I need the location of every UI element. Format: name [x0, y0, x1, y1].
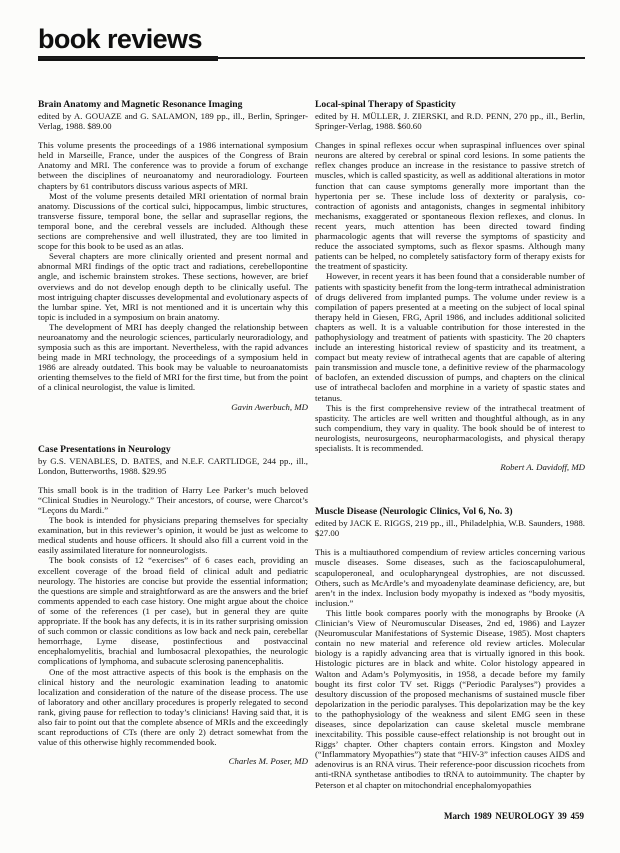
review-paragraph: However, in recent years it has been fou… [315, 271, 585, 402]
review-title: Case Presentations in Neurology [38, 444, 308, 455]
page-title: book reviews [38, 24, 202, 55]
masthead-rule-thin [38, 57, 585, 59]
page-footer: March 1989 NEUROLOGY 39 459 [444, 811, 584, 821]
review-byline: by G.S. VENABLES, D. BATES, and N.E.F. C… [38, 456, 308, 476]
review-paragraph: One of the most attractive aspects of th… [38, 667, 308, 748]
review-paragraph: This is the first comprehensive review o… [315, 403, 585, 453]
review-paragraph: This volume presents the proceedings of … [38, 140, 308, 190]
review-paragraph: This small book is in the tradition of H… [38, 485, 308, 515]
journal-page: book reviews Brain Anatomy and Magnetic … [0, 0, 620, 853]
review-paragraph: The book consists of 12 “exercises” of 6… [38, 555, 308, 666]
review-muscle-disease: Muscle Disease (Neurologic Clinics, Vol … [315, 506, 585, 789]
reviewer-signature: Robert A. Davidoff, MD [315, 462, 585, 472]
review-paragraph: This is a multiauthored compendium of re… [315, 547, 585, 608]
review-local-spinal-therapy: Local-spinal Therapy of Spasticity edite… [315, 99, 585, 472]
reviewer-signature: Charles M. Poser, MD [38, 756, 308, 766]
review-paragraph: The book is intended for physicians prep… [38, 515, 308, 555]
review-brain-anatomy-mri: Brain Anatomy and Magnetic Resonance Ima… [38, 99, 308, 412]
left-column: Brain Anatomy and Magnetic Resonance Ima… [38, 99, 308, 766]
review-title: Muscle Disease (Neurologic Clinics, Vol … [315, 506, 585, 517]
review-paragraph: The development of MRI has deeply change… [38, 322, 308, 393]
review-paragraph: Most of the volume presents detailed MRI… [38, 191, 308, 252]
review-paragraph: Several chapters are more clinically ori… [38, 251, 308, 322]
right-column: Local-spinal Therapy of Spasticity edite… [315, 99, 585, 790]
review-paragraph: Changes in spinal reflexes occur when su… [315, 140, 585, 271]
review-title: Brain Anatomy and Magnetic Resonance Ima… [38, 99, 308, 110]
review-case-presentations: Case Presentations in Neurology by G.S. … [38, 444, 308, 767]
review-byline: edited by JACK E. RIGGS, 219 pp., ill., … [315, 518, 585, 538]
review-paragraph: This little book compares poorly with th… [315, 608, 585, 790]
two-column-layout: Brain Anatomy and Magnetic Resonance Ima… [38, 99, 585, 790]
reviewer-signature: Gavin Awerbuch, MD [38, 402, 308, 412]
review-byline: edited by H. MÜLLER, J. ZIERSKI, and R.D… [315, 111, 585, 131]
review-title: Local-spinal Therapy of Spasticity [315, 99, 585, 110]
review-byline: edited by A. GOUAZE and G. SALAMON, 189 … [38, 111, 308, 131]
